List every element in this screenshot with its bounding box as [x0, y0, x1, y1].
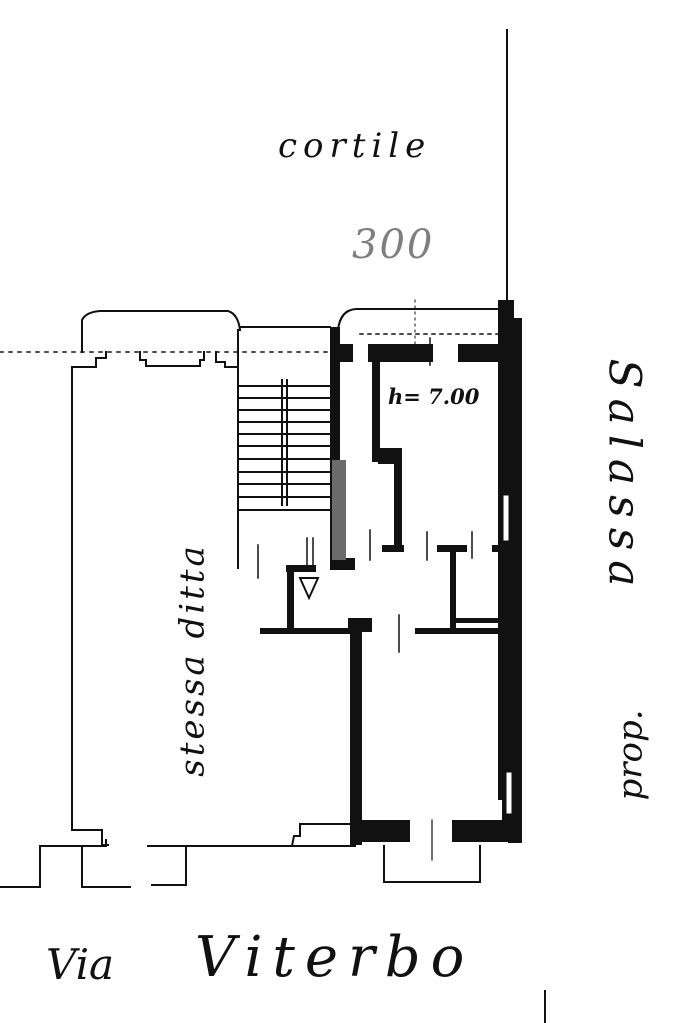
thick-walls [260, 300, 522, 845]
highlighted-wall [332, 460, 346, 560]
west-neighbor-label: stessa ditta [173, 543, 213, 776]
entrance-arrow-icon [300, 578, 318, 598]
courtyard-label: cortile [278, 126, 431, 166]
east-neighbor-name: Salassa [599, 358, 650, 596]
east-neighbor-prefix: prop. [611, 709, 651, 800]
stamp-number: 300 [352, 222, 434, 268]
neighbor-building-outline [72, 311, 240, 845]
street-name-label: Viterbo [195, 925, 474, 990]
street-prefix-label: Via [46, 940, 114, 989]
room-height-label: h= 7.00 [388, 384, 479, 409]
stairwell [238, 327, 330, 568]
